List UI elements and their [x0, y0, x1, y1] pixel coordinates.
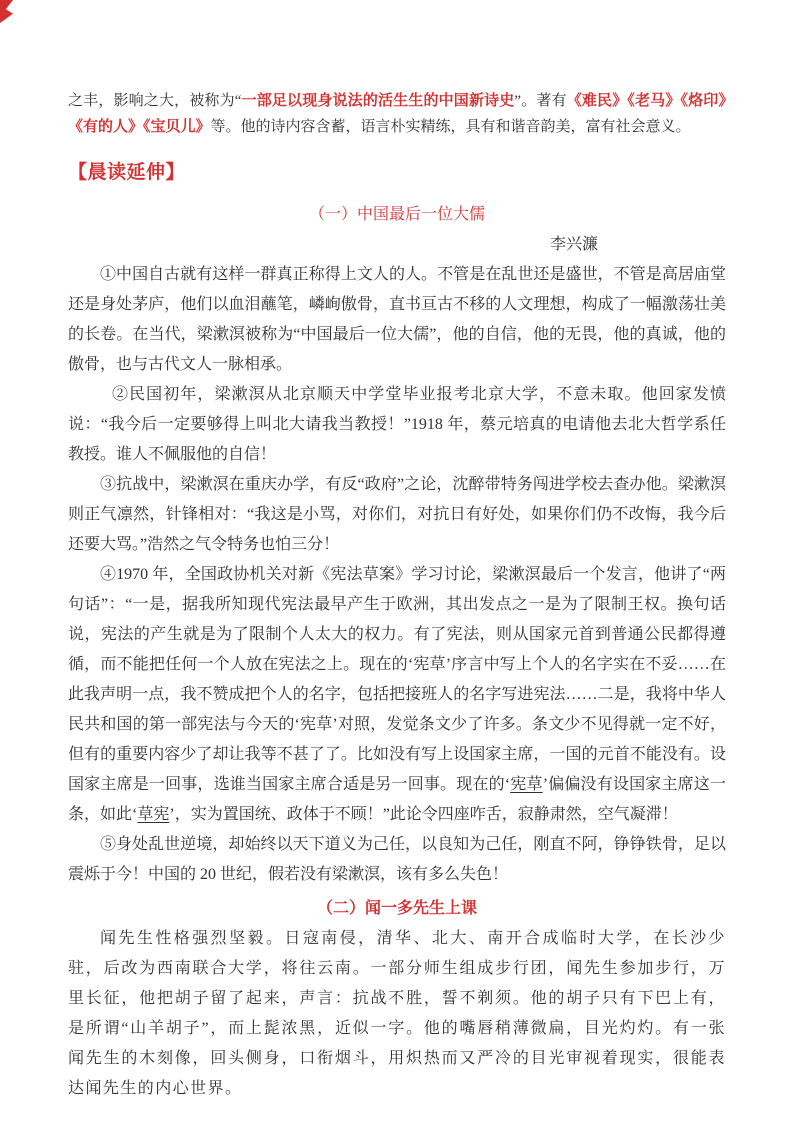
paragraph: 闻先生性格强烈坚毅。日寇南侵，清华、北大、南开合成临时大学，在长沙少驻，后改为西… — [68, 924, 726, 1104]
document-page: 之丰，影响之大，被称为“一部足以现身说法的活生生的中国新诗史”。著有《难民》《老… — [0, 0, 793, 1122]
article2-title: （二）闻一多先生上课 — [68, 894, 726, 924]
text-segment: ”。著有 — [514, 93, 566, 109]
corner-mark-icon — [0, 0, 13, 23]
section-header: 【晨读延伸】 — [68, 159, 726, 186]
underlined-text: 草宪 — [137, 806, 169, 823]
article1-title: （一）中国最后一位大儒 — [68, 200, 726, 230]
article2-body: 闻先生性格强烈坚毅。日寇南侵，清华、北大、南开合成临时大学，在长沙少驻，后改为西… — [68, 924, 726, 1104]
text-segment: ⑤身处乱世逆境，却始终以天下道义为己任，以良知为己任，刚直不阿，铮铮铁骨，足以震… — [68, 836, 726, 883]
text-segment: ②民国初年，梁漱溟从北京顺天中学堂毕业报考北京大学，不意未取。他回家发愤说：“我… — [68, 386, 726, 463]
highlight-red-text: 一部足以现身说法的活生生的中国新诗史 — [241, 93, 514, 109]
paragraph: ⑤身处乱世逆境，却始终以天下道义为己任，以良知为己任，刚直不阿，铮铮铁骨，足以震… — [68, 830, 726, 890]
paragraph: ③抗战中，梁漱溟在重庆办学，有反“政府”之论，沈醉带特务闯进学校去查办他。梁漱溟… — [68, 470, 726, 560]
text-segment: ④1970 年，全国政协机关对新《宪法草案》学习讨论，梁漱溟最后一个发言，他讲了… — [68, 566, 726, 793]
paragraph: ②民国初年，梁漱溟从北京顺天中学堂毕业报考北京大学，不意未取。他回家发愤说：“我… — [68, 380, 726, 470]
article1-body: ①中国自古就有这样一群真正称得上文人的人。不管是在乱世还是盛世，不管是高居庙堂还… — [68, 260, 726, 890]
underlined-text: 宪草 — [510, 776, 543, 793]
paragraph: ④1970 年，全国政协机关对新《宪法草案》学习讨论，梁漱溟最后一个发言，他讲了… — [68, 560, 726, 830]
text-segment: ①中国自古就有这样一群真正称得上文人的人。不管是在乱世还是盛世，不管是高居庙堂还… — [68, 266, 726, 373]
text-segment: 等。他的诗内容含蓄，语言朴实精练，具有和谐音韵美，富有社会意义。 — [211, 119, 691, 135]
text-segment: ③抗战中，梁漱溟在重庆办学，有反“政府”之论，沈醉带特务闯进学校去查办他。梁漱溟… — [68, 476, 726, 553]
article1-author: 李兴濂 — [68, 230, 726, 260]
text-segment: 之丰，影响之大，被称为“ — [68, 93, 241, 109]
text-segment: 闻先生性格强烈坚毅。日寇南侵，清华、北大、南开合成临时大学，在长沙少驻，后改为西… — [68, 930, 726, 1097]
text-segment: ’，实为置国统、政体于不顾！”此论令四座咋舌，寂静肃然，空气凝滞！ — [169, 806, 677, 823]
paragraph: 之丰，影响之大，被称为“一部足以现身说法的活生生的中国新诗史”。著有《难民》《老… — [68, 88, 726, 140]
intro-paragraph: 之丰，影响之大，被称为“一部足以现身说法的活生生的中国新诗史”。著有《难民》《老… — [68, 88, 726, 140]
paragraph: ①中国自古就有这样一群真正称得上文人的人。不管是在乱世还是盛世，不管是高居庙堂还… — [68, 260, 726, 380]
